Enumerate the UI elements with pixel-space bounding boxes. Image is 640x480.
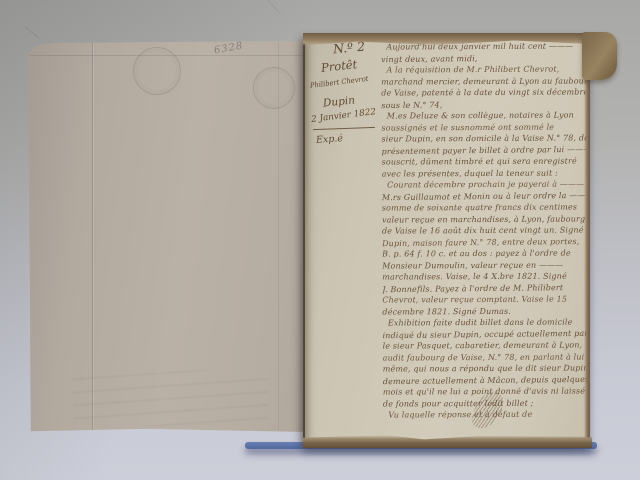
ink-showthrough <box>73 369 269 427</box>
embossed-seal-icon <box>253 67 295 109</box>
manuscript-line: vingt deux, avant midi, <box>381 51 586 65</box>
manuscript-line: le sieur Pasquet, cabaretier, demeurant … <box>383 339 588 352</box>
page-fore-edge <box>584 38 590 441</box>
margin-column: N.º 2 Protêt Philibert Chevrot Dupin 2 J… <box>311 39 383 199</box>
manuscript-line: J. Bonnefils. Payez à l'ordre de M. Phil… <box>382 281 587 295</box>
manuscript-line: B. p. 64 f. 10 c. et au dos : payez à l'… <box>382 247 587 260</box>
expedition-note: Exp.é <box>316 133 344 146</box>
act-party-creditor: Philibert Chevrot <box>309 74 368 90</box>
manuscript-line: indiqué du sieur Dupin, occupé actuellem… <box>382 327 587 341</box>
act-type: Protêt <box>320 57 357 75</box>
manuscript-line: marchandises. Vaise, le 4 X.bre 1821. Si… <box>382 270 587 283</box>
manuscript-line: sieur Dupin, en son domicile à la Vaise … <box>381 132 586 145</box>
manuscript-line: de Vaise le 16 août dix huit cent vingt … <box>382 224 587 237</box>
surface-scratch <box>25 27 40 39</box>
manuscript-line: de Vaise, patenté à la date du vingt six… <box>381 86 586 99</box>
manuscript-line: M.rs Guillaumot et Monin ou à leur ordre… <box>382 189 587 203</box>
manuscript-line: M.es Deluze & son collègue, notaires à L… <box>381 109 586 122</box>
page-corner-curl <box>582 32 617 80</box>
left-blank-sheet: 6328 <box>28 41 306 432</box>
manuscript-line: Exhibition faite dudit billet dans le do… <box>382 316 587 329</box>
manuscript-line: présentement payer le billet à ordre par… <box>382 143 587 157</box>
margin-divider <box>313 127 375 130</box>
photo-of-manuscript: 6328 N.º 2 Protêt Philibert Chevrot Dupi… <box>0 0 640 480</box>
manuscript-line: Chevrot, valeur reçue comptant. Vaise le… <box>382 293 587 306</box>
manuscript-line: souscrit, dûment timbré et qui sera enre… <box>382 155 587 168</box>
manuscript-line: somme de soixante quatre francs dix cent… <box>382 201 587 214</box>
act-date: 2 Janvier 1822 <box>311 107 377 125</box>
surface-scratch <box>263 0 281 14</box>
manuscript-line: demeure actuellement à Mâcon, depuis que… <box>383 373 588 387</box>
manuscript-line: même, qui nous a répondu que le dit sieu… <box>383 362 588 375</box>
act-party-debtor: Dupin <box>322 94 355 109</box>
manuscript-line: A la réquisition de M.r Philibert Chevro… <box>381 63 586 76</box>
embossed-seal-icon <box>133 47 181 95</box>
manuscript-line: Dupin, maison faure N.° 78, entre deux p… <box>382 235 587 249</box>
page-surface: N.º 2 Protêt Philibert Chevrot Dupin 2 J… <box>303 33 590 448</box>
manuscript-line: sous le N.° 74, <box>381 97 586 111</box>
manuscript-line: Courant décembre prochain je payerai à —… <box>382 178 587 191</box>
right-manuscript-page: N.º 2 Protêt Philibert Chevrot Dupin 2 J… <box>303 33 590 448</box>
manuscript-body: Aujourd'hui deux janvier mil huit cent —… <box>381 40 588 421</box>
